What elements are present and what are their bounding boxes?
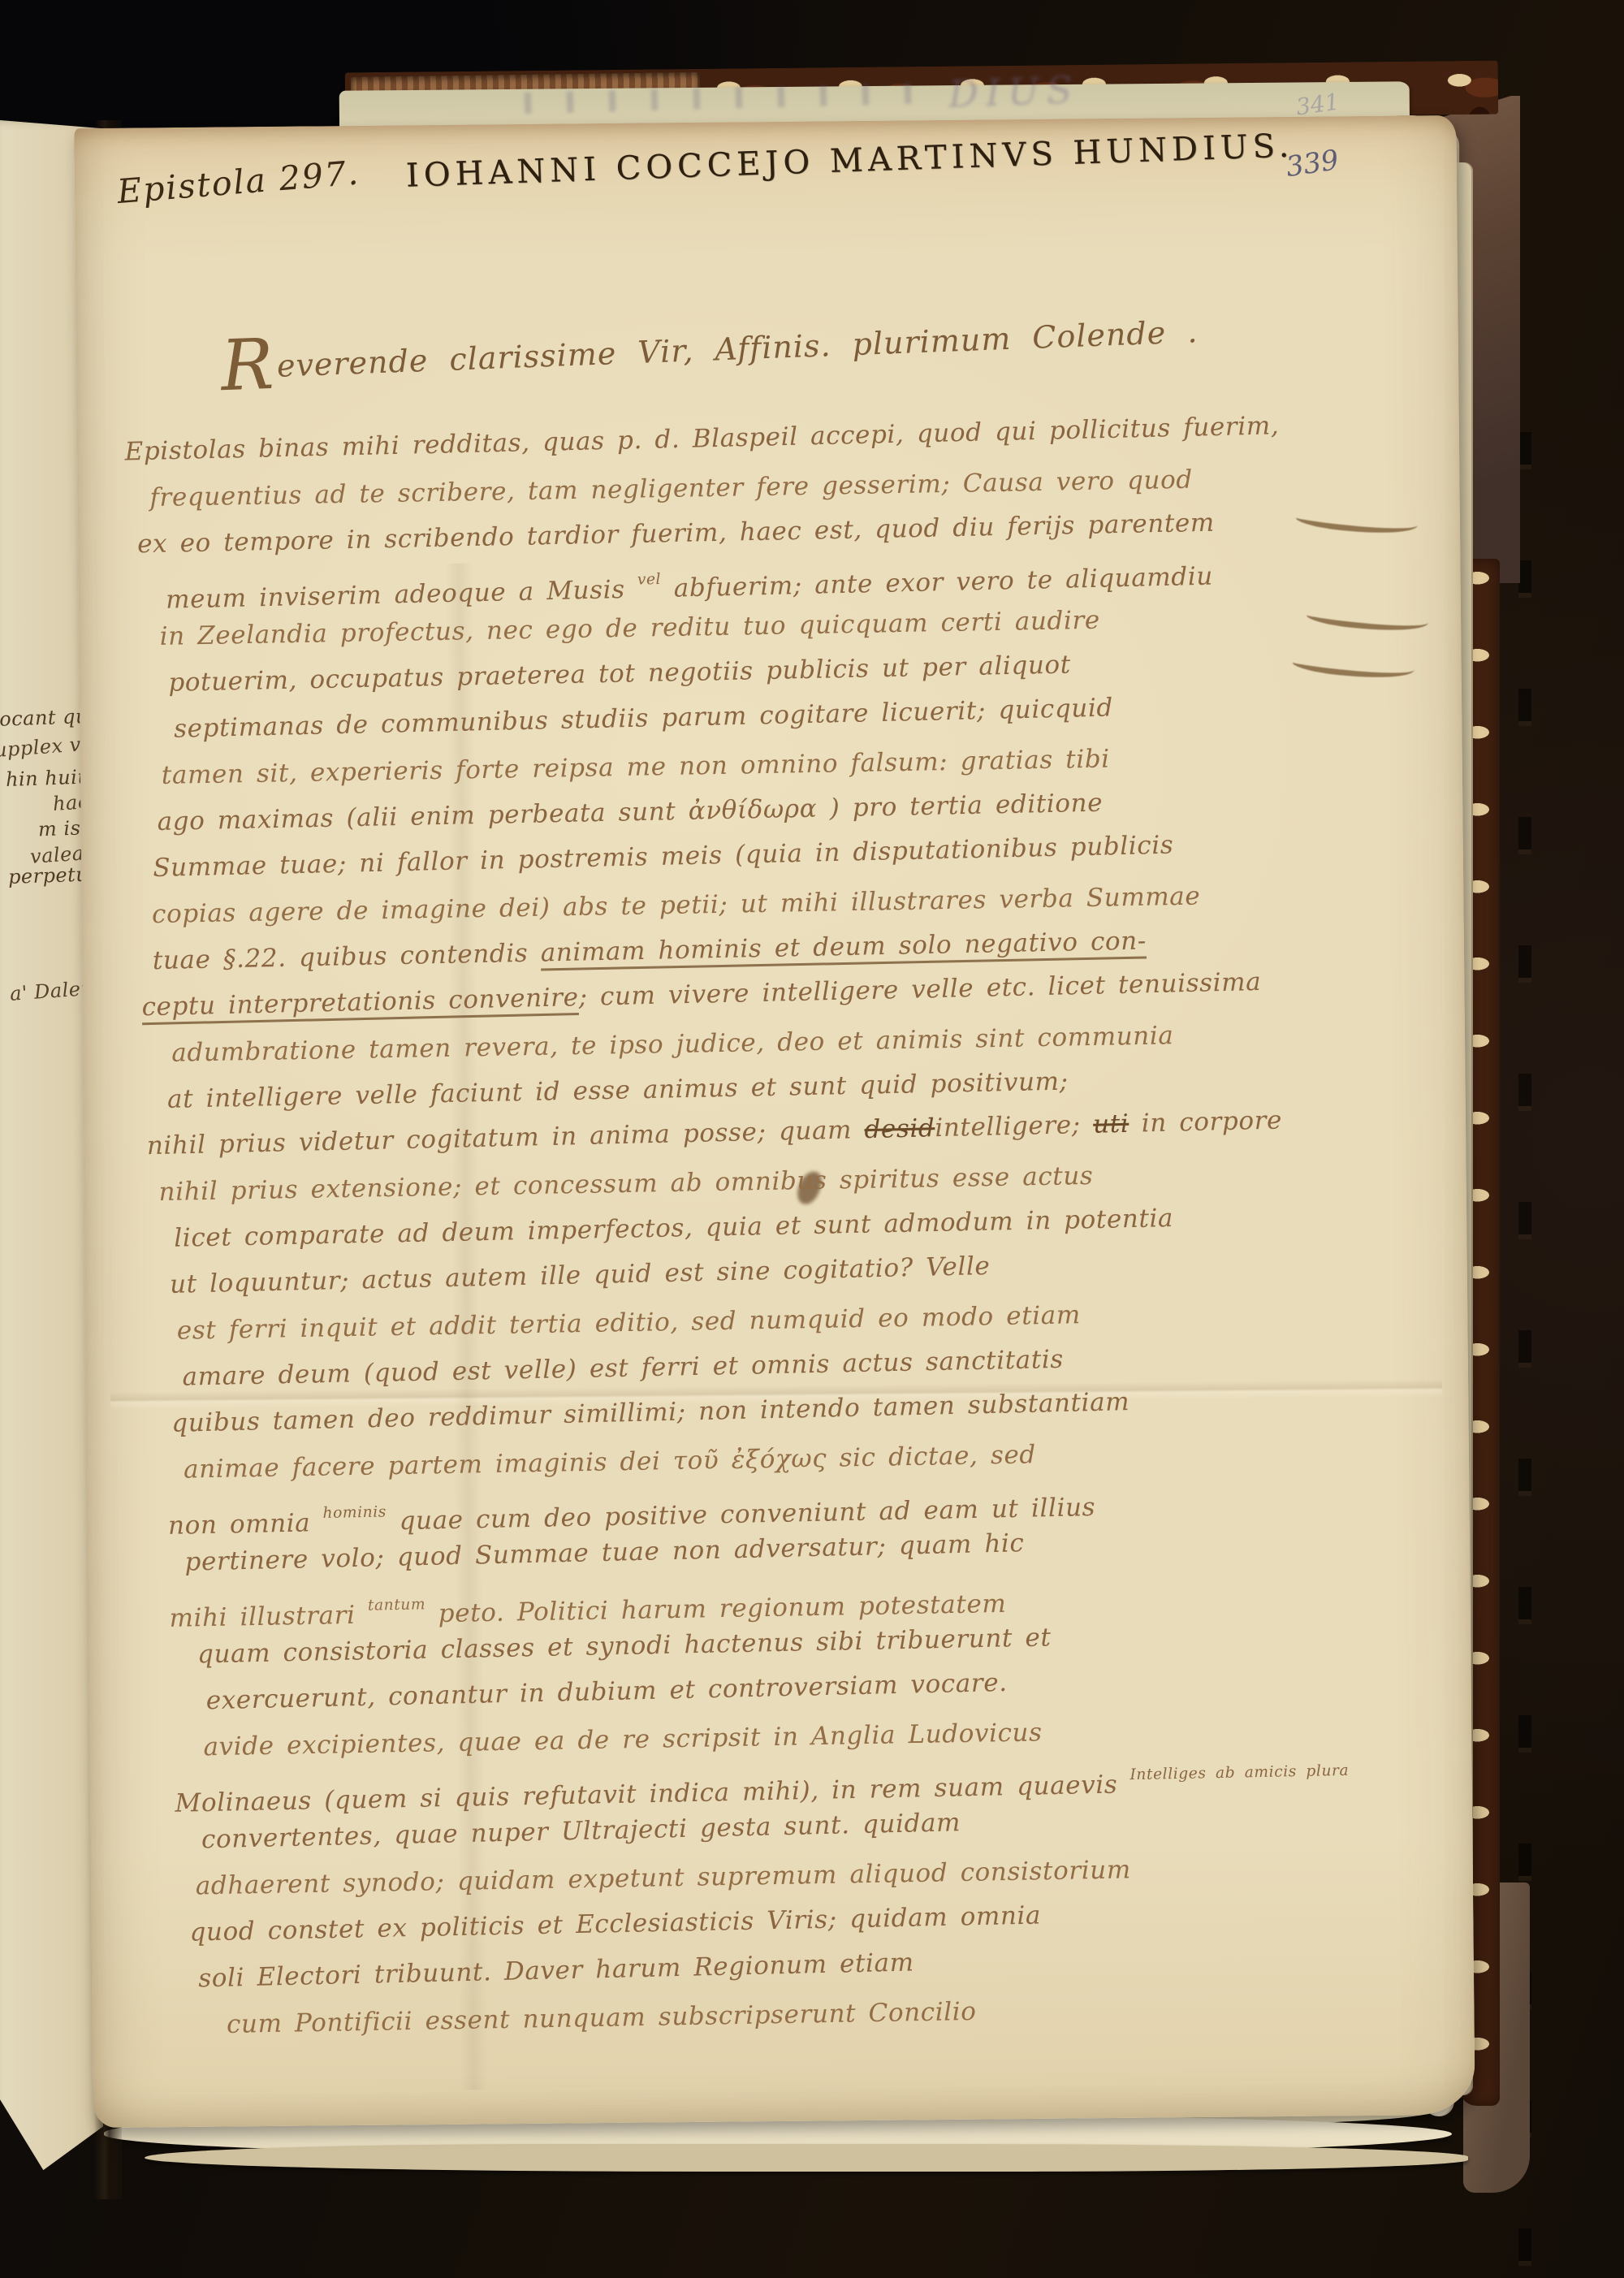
page-stack-bottom-band-3 bbox=[145, 2144, 1468, 2172]
bleed-through-title-fragment: DIUS bbox=[948, 67, 1080, 116]
line-segment: Intelliges ab amicis plura bbox=[1129, 1762, 1349, 1783]
manuscript-page: Epistola 297. IOHANNI COCCEJO MARTINVS H… bbox=[74, 115, 1475, 2128]
line-segment: tantum bbox=[368, 1596, 426, 1614]
line-segment: soli Electori tribuunt. Daver harum Regi… bbox=[198, 1947, 914, 1993]
line-segment: cum Pontificii essent nunquam subscripse… bbox=[227, 1997, 977, 2039]
line-segment: ; cum vivere intelligere velle etc. lice… bbox=[578, 967, 1261, 1012]
epistola-number-label: Epistola 297. bbox=[115, 153, 361, 211]
line-segment: ceptu interpretationis convenire bbox=[141, 983, 579, 1025]
salutation-text: everende clarissime Vir, Affinis. plurim… bbox=[276, 313, 1199, 384]
line-segment: exercuerunt, conantur in dubium et contr… bbox=[205, 1668, 1008, 1715]
line-segment: in corpore bbox=[1129, 1105, 1282, 1138]
line-segment: animae facere partem imaginis dei τοῦ ἐξ… bbox=[184, 1440, 1036, 1484]
book-photo: lvocant quaSupplex vidhin huiushaecm ist… bbox=[0, 0, 1624, 2278]
line-segment: uti bbox=[1093, 1109, 1129, 1139]
letter-body: Epistolas binas mihi redditas, quas p. d… bbox=[124, 412, 1453, 2049]
line-segment: convertentes, quae nuper Ultrajecti gest… bbox=[201, 1808, 961, 1854]
line-segment: mihi illustrari bbox=[169, 1601, 368, 1633]
line-segment: ut loquuntur; actus autem ille quid est … bbox=[170, 1251, 991, 1299]
letter-title: IOHANNI COCCEJO MARTINVS HUNDIUS. bbox=[405, 127, 1294, 194]
line-segment: avide excipientes, quae ea de re scripsi… bbox=[203, 1718, 1043, 1761]
line-segment: non omnia bbox=[168, 1508, 323, 1541]
line-segment: vel bbox=[637, 571, 662, 589]
line-segment: hominis bbox=[322, 1503, 387, 1522]
line-segment: intelligere; bbox=[935, 1110, 1094, 1143]
page-number: 339 bbox=[1284, 144, 1341, 184]
line-segment: nihil prius videtur cogitatum in anima p… bbox=[146, 1115, 864, 1161]
line-segment: desid bbox=[864, 1113, 935, 1144]
salutation-line: Reverende clarissime Vir, Affinis. pluri… bbox=[220, 313, 1199, 386]
line-segment: tuae §.22. quibus contendis bbox=[153, 938, 542, 975]
salutation-initial: R bbox=[219, 324, 274, 407]
